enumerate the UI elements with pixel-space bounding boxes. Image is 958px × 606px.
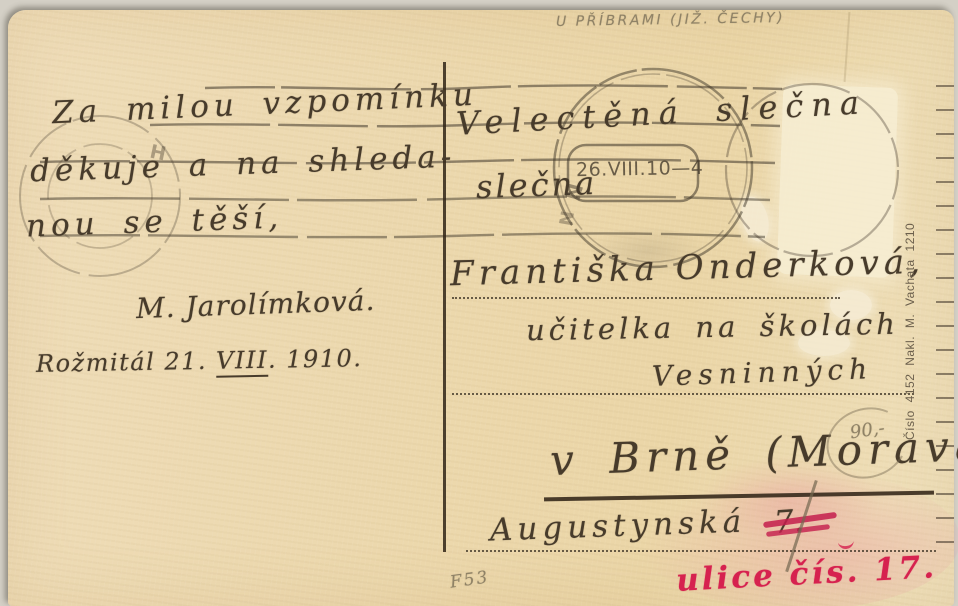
- date-suffix: . 1910.: [268, 344, 363, 374]
- address-dotted-line: [466, 550, 936, 552]
- addressee-occupation: učitelka na školách: [526, 307, 899, 348]
- address-dotted-line: [452, 297, 840, 299]
- postcard-scan: U PŘÍBRAMI (JIŽ. ČECHY) Za milou vzpomín…: [0, 0, 958, 606]
- place-date-line: Rožmitál 21. VIII. 1910.: [36, 344, 363, 378]
- publisher-imprint: Číslo 4152 Nakl. M. Vachata 1210: [903, 92, 917, 440]
- date-month-underlined: VIII: [216, 346, 268, 378]
- address-divider-line: [443, 62, 446, 552]
- address-dotted-line: [452, 393, 914, 395]
- postmark-date: 26.VIII.10—4: [576, 157, 704, 181]
- date-prefix: Rožmitál 21.: [36, 347, 217, 378]
